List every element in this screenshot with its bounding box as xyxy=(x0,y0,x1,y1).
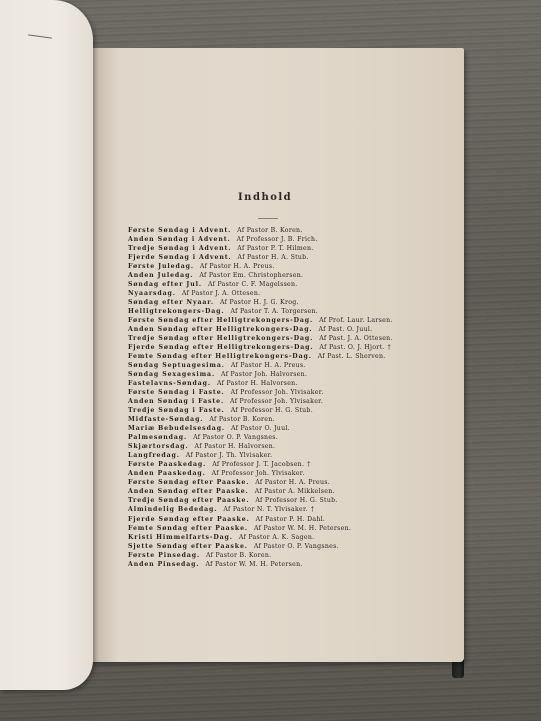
toc-entry: Første Juledag.Af Pastor H. A. Preus. xyxy=(128,262,458,271)
toc-entry-occasion: Tredje Søndag efter Paaske. xyxy=(128,497,249,504)
toc-entry-occasion: Søndag Sexagesima. xyxy=(128,371,215,378)
toc-entry: Kristi Himmelfarts-Dag.Af Pastor A. K. S… xyxy=(128,533,458,542)
toc-entry-author: Af Past. O. J. Hjort. xyxy=(319,344,384,351)
toc-entry-author: Af Pastor O. P. Vangsnes. xyxy=(193,434,278,441)
toc-entry: Femte Søndag efter Paaske.Af Pastor W. M… xyxy=(128,524,458,533)
toc-entry-author: Af Pastor B. Koren. xyxy=(206,552,271,559)
toc-entry-author: Af Past. L. Sherven. xyxy=(318,353,386,360)
toc-entry: Anden Paaskedag.Af Professor Joh. Ylvisa… xyxy=(128,469,458,478)
toc-entry-author: Af Professor Joh. Ylvisaker. xyxy=(230,398,323,405)
dagger-mark: † xyxy=(307,461,310,468)
toc-entry-author: Af Pastor J. Th. Ylvisaker. xyxy=(186,452,273,459)
toc-entry: Mariæ Bebudelsesdag.Af Pastor O. Juul. xyxy=(128,424,458,433)
toc-entry-author: Af Pastor T. A. Torgersen. xyxy=(230,308,318,315)
toc-entry-author: Af Pastor C. F. Magelssen. xyxy=(208,281,298,288)
toc-entry: Søndag efter Jul.Af Pastor C. F. Magelss… xyxy=(128,280,458,289)
toc-entry-author: Af Professor H. G. Stub. xyxy=(231,407,313,414)
toc-entry: Anden Søndag efter Paaske.Af Pastor A. M… xyxy=(128,487,458,496)
toc-entry-occasion: Første Søndag efter Paaske. xyxy=(128,479,249,486)
toc-entry-occasion: Nyaarsdag. xyxy=(128,290,176,297)
toc-entry-occasion: Helligtrekongers-Dag. xyxy=(128,308,224,315)
toc-entry: Femte Søndag efter Helligtrekongers-Dag.… xyxy=(128,352,458,361)
toc-entry: Nyaarsdag.Af Pastor J. A. Ottesen. xyxy=(128,289,458,298)
toc-entry: Midfaste-Søndag.Af Pastor B. Koren. xyxy=(128,415,458,424)
toc-title: Indhold xyxy=(238,192,292,203)
toc-entry-author: Af Professor Joh. Ylvisaker. xyxy=(212,470,305,477)
toc-entry-occasion: Første Paaskedag. xyxy=(128,461,206,468)
toc-entry-occasion: Søndag efter Nyaar. xyxy=(128,299,214,306)
toc-entry: Helligtrekongers-Dag.Af Pastor T. A. Tor… xyxy=(128,307,458,316)
toc-entry: Almindelig Bededag.Af Pastor N. T. Ylvis… xyxy=(128,505,458,514)
toc-entry-author: Af Professor J. T. Jacobsen. xyxy=(212,461,304,468)
toc-entry: Første Søndag i Faste.Af Professor Joh. … xyxy=(128,388,458,397)
toc-entry: Palmesøndag.Af Pastor O. P. Vangsnes. xyxy=(128,433,458,442)
toc-entry-occasion: Første Juledag. xyxy=(128,263,194,270)
toc-entry: Anden Pinsedag.Af Pastor W. M. H. Peters… xyxy=(128,560,458,569)
toc-entry-occasion: Tredje Søndag efter Helligtrekongers-Dag… xyxy=(128,335,313,342)
toc-entry-occasion: Tredje Søndag i Faste. xyxy=(128,407,225,414)
toc-entry: Skjærtorsdag.Af Pastor H. Halvorsen. xyxy=(128,442,458,451)
toc-entry-author: Af Pastor H. A. Preus. xyxy=(200,263,275,270)
toc-entry-occasion: Tredje Søndag i Advent. xyxy=(128,245,231,252)
toc-entry: Tredje Søndag i Faste.Af Professor H. G.… xyxy=(128,406,458,415)
toc-entry-occasion: Første Pinsedag. xyxy=(128,552,200,559)
toc-entry: Tredje Søndag efter Paaske.Af Professor … xyxy=(128,496,458,505)
toc-entry-author: Af Pastor P. T. Hilmen. xyxy=(237,245,313,252)
toc-entry: Søndag efter Nyaar.Af Pastor H. J. G. Kr… xyxy=(128,298,458,307)
toc-entry-occasion: Palmesøndag. xyxy=(128,434,187,441)
toc-entry-author: Af Pastor O. Juul. xyxy=(231,425,290,432)
toc-entry-occasion: Femte Søndag efter Paaske. xyxy=(128,525,248,532)
toc-entry: Søndag Septuagesima.Af Pastor H. A. Preu… xyxy=(128,361,458,370)
toc-entry-author: Af Pastor Em. Christophersen. xyxy=(199,272,303,279)
left-page-curled xyxy=(0,0,93,690)
toc-entry-occasion: Anden Søndag i Faste. xyxy=(128,398,224,405)
toc-entry: Første Søndag efter Paaske.Af Pastor H. … xyxy=(128,478,458,487)
toc-entry-author: Af Pastor H. J. G. Krog. xyxy=(220,299,299,306)
toc-entry-author: Af Pastor B. Koren. xyxy=(209,416,274,423)
toc-entry-occasion: Anden Søndag efter Paaske. xyxy=(128,488,249,495)
toc-entry: Anden Søndag efter Helligtrekongers-Dag.… xyxy=(128,325,458,334)
toc-entry-author: Af Pastor Joh. Halvorsen. xyxy=(221,371,307,378)
toc-entry: Første Søndag efter Helligtrekongers-Dag… xyxy=(128,316,458,325)
dagger-mark: † xyxy=(388,344,391,351)
toc-entry: Tredje Søndag efter Helligtrekongers-Dag… xyxy=(128,334,458,343)
title-rule xyxy=(258,218,278,219)
toc-entry-occasion: Langfredag. xyxy=(128,452,180,459)
toc-entry: Anden Juledag.Af Pastor Em. Christophers… xyxy=(128,271,458,280)
toc-entry-author: Af Pastor H. A. Stub. xyxy=(238,254,309,261)
table-of-contents: Første Søndag i Advent.Af Pastor B. Kore… xyxy=(128,226,458,569)
toc-entry-author: Af Past. O. Juul. xyxy=(319,326,373,333)
toc-entry: Anden Søndag i Faste.Af Professor Joh. Y… xyxy=(128,397,458,406)
toc-entry-author: Af Pastor B. Koren. xyxy=(237,227,302,234)
toc-entry-author: Af Pastor H. Halvorsen. xyxy=(217,380,298,387)
toc-entry-occasion: Fjerde Søndag efter Paaske. xyxy=(128,516,250,523)
toc-entry-occasion: Skjærtorsdag. xyxy=(128,443,189,450)
toc-entry-occasion: Fastelavns-Søndag. xyxy=(128,380,211,387)
toc-entry-author: Af Pastor A. Mikkelsen. xyxy=(255,488,335,495)
toc-entry: Langfredag.Af Pastor J. Th. Ylvisaker. xyxy=(128,451,458,460)
toc-entry-occasion: Søndag Septuagesima. xyxy=(128,362,225,369)
toc-entry-author: Af Prof. Laur. Larsen. xyxy=(319,317,393,324)
toc-entry: Sjette Søndag efter Paaske.Af Pastor O. … xyxy=(128,542,458,551)
pencil-mark xyxy=(28,34,52,38)
toc-entry-occasion: Anden Pinsedag. xyxy=(128,561,199,568)
toc-entry: Fjerde Søndag i Advent.Af Pastor H. A. S… xyxy=(128,253,458,262)
toc-entry-author: Af Pastor N. T. Ylvisaker. xyxy=(223,506,307,513)
toc-entry-occasion: Mariæ Bebudelsesdag. xyxy=(128,425,225,432)
toc-entry-occasion: Første Søndag i Advent. xyxy=(128,227,231,234)
toc-entry: Fjerde Søndag efter Paaske.Af Pastor P. … xyxy=(128,515,458,524)
toc-entry-occasion: Anden Søndag i Advent. xyxy=(128,236,231,243)
toc-entry-author: Af Pastor A. K. Sagen. xyxy=(239,534,315,541)
toc-entry: Anden Søndag i Advent.Af Professor J. B.… xyxy=(128,235,458,244)
toc-entry: Fastelavns-Søndag.Af Pastor H. Halvorsen… xyxy=(128,379,458,388)
toc-entry-author: Af Pastor W. M. H. Petersen. xyxy=(254,525,351,532)
toc-entry-occasion: Fjerde Søndag i Advent. xyxy=(128,254,232,261)
toc-entry-author: Af Pastor P. H. Dahl. xyxy=(256,516,326,523)
toc-entry-occasion: Anden Paaskedag. xyxy=(128,470,206,477)
toc-entry-author: Af Pastor W. M. H. Petersen. xyxy=(205,561,302,568)
toc-entry-occasion: Femte Søndag efter Helligtrekongers-Dag. xyxy=(128,353,312,360)
toc-entry-occasion: Fjerde Søndag efter Helligtrekongers-Dag… xyxy=(128,344,313,351)
toc-entry-author: Af Pastor H. A. Preus. xyxy=(255,479,330,486)
toc-entry: Første Paaskedag.Af Professor J. T. Jaco… xyxy=(128,460,458,469)
toc-entry: Tredje Søndag i Advent.Af Pastor P. T. H… xyxy=(128,244,458,253)
toc-entry-occasion: Søndag efter Jul. xyxy=(128,281,202,288)
toc-entry-author: Af Pastor H. Halvorsen. xyxy=(195,443,276,450)
toc-entry: Første Pinsedag.Af Pastor B. Koren. xyxy=(128,551,458,560)
toc-entry: Søndag Sexagesima.Af Pastor Joh. Halvors… xyxy=(128,370,458,379)
toc-entry-occasion: Sjette Søndag efter Paaske. xyxy=(128,543,248,550)
toc-entry-author: Af Pastor J. A. Ottesen. xyxy=(182,290,261,297)
toc-entry-author: Af Professor Joh. Ylvisaker. xyxy=(231,389,324,396)
toc-entry-occasion: Kristi Himmelfarts-Dag. xyxy=(128,534,233,541)
toc-entry-author: Af Pastor O. P. Vangsnes. xyxy=(254,543,339,550)
toc-entry-occasion: Anden Søndag efter Helligtrekongers-Dag. xyxy=(128,326,313,333)
toc-entry-occasion: Midfaste-Søndag. xyxy=(128,416,203,423)
toc-entry-occasion: Anden Juledag. xyxy=(128,272,193,279)
toc-entry-author: Af Professor H. G. Stub. xyxy=(255,497,337,504)
toc-entry-author: Af Professor J. B. Frich. xyxy=(237,236,318,243)
toc-entry-author: Af Past. J. A. Ottesen. xyxy=(319,335,393,342)
toc-entry-occasion: Første Søndag efter Helligtrekongers-Dag… xyxy=(128,317,313,324)
toc-entry-occasion: Almindelig Bededag. xyxy=(128,506,217,513)
toc-entry-occasion: Første Søndag i Faste. xyxy=(128,389,225,396)
dagger-mark: † xyxy=(311,506,314,513)
toc-entry: Fjerde Søndag efter Helligtrekongers-Dag… xyxy=(128,343,458,352)
toc-entry: Første Søndag i Advent.Af Pastor B. Kore… xyxy=(128,226,458,235)
toc-entry-author: Af Pastor H. A. Preus. xyxy=(231,362,306,369)
